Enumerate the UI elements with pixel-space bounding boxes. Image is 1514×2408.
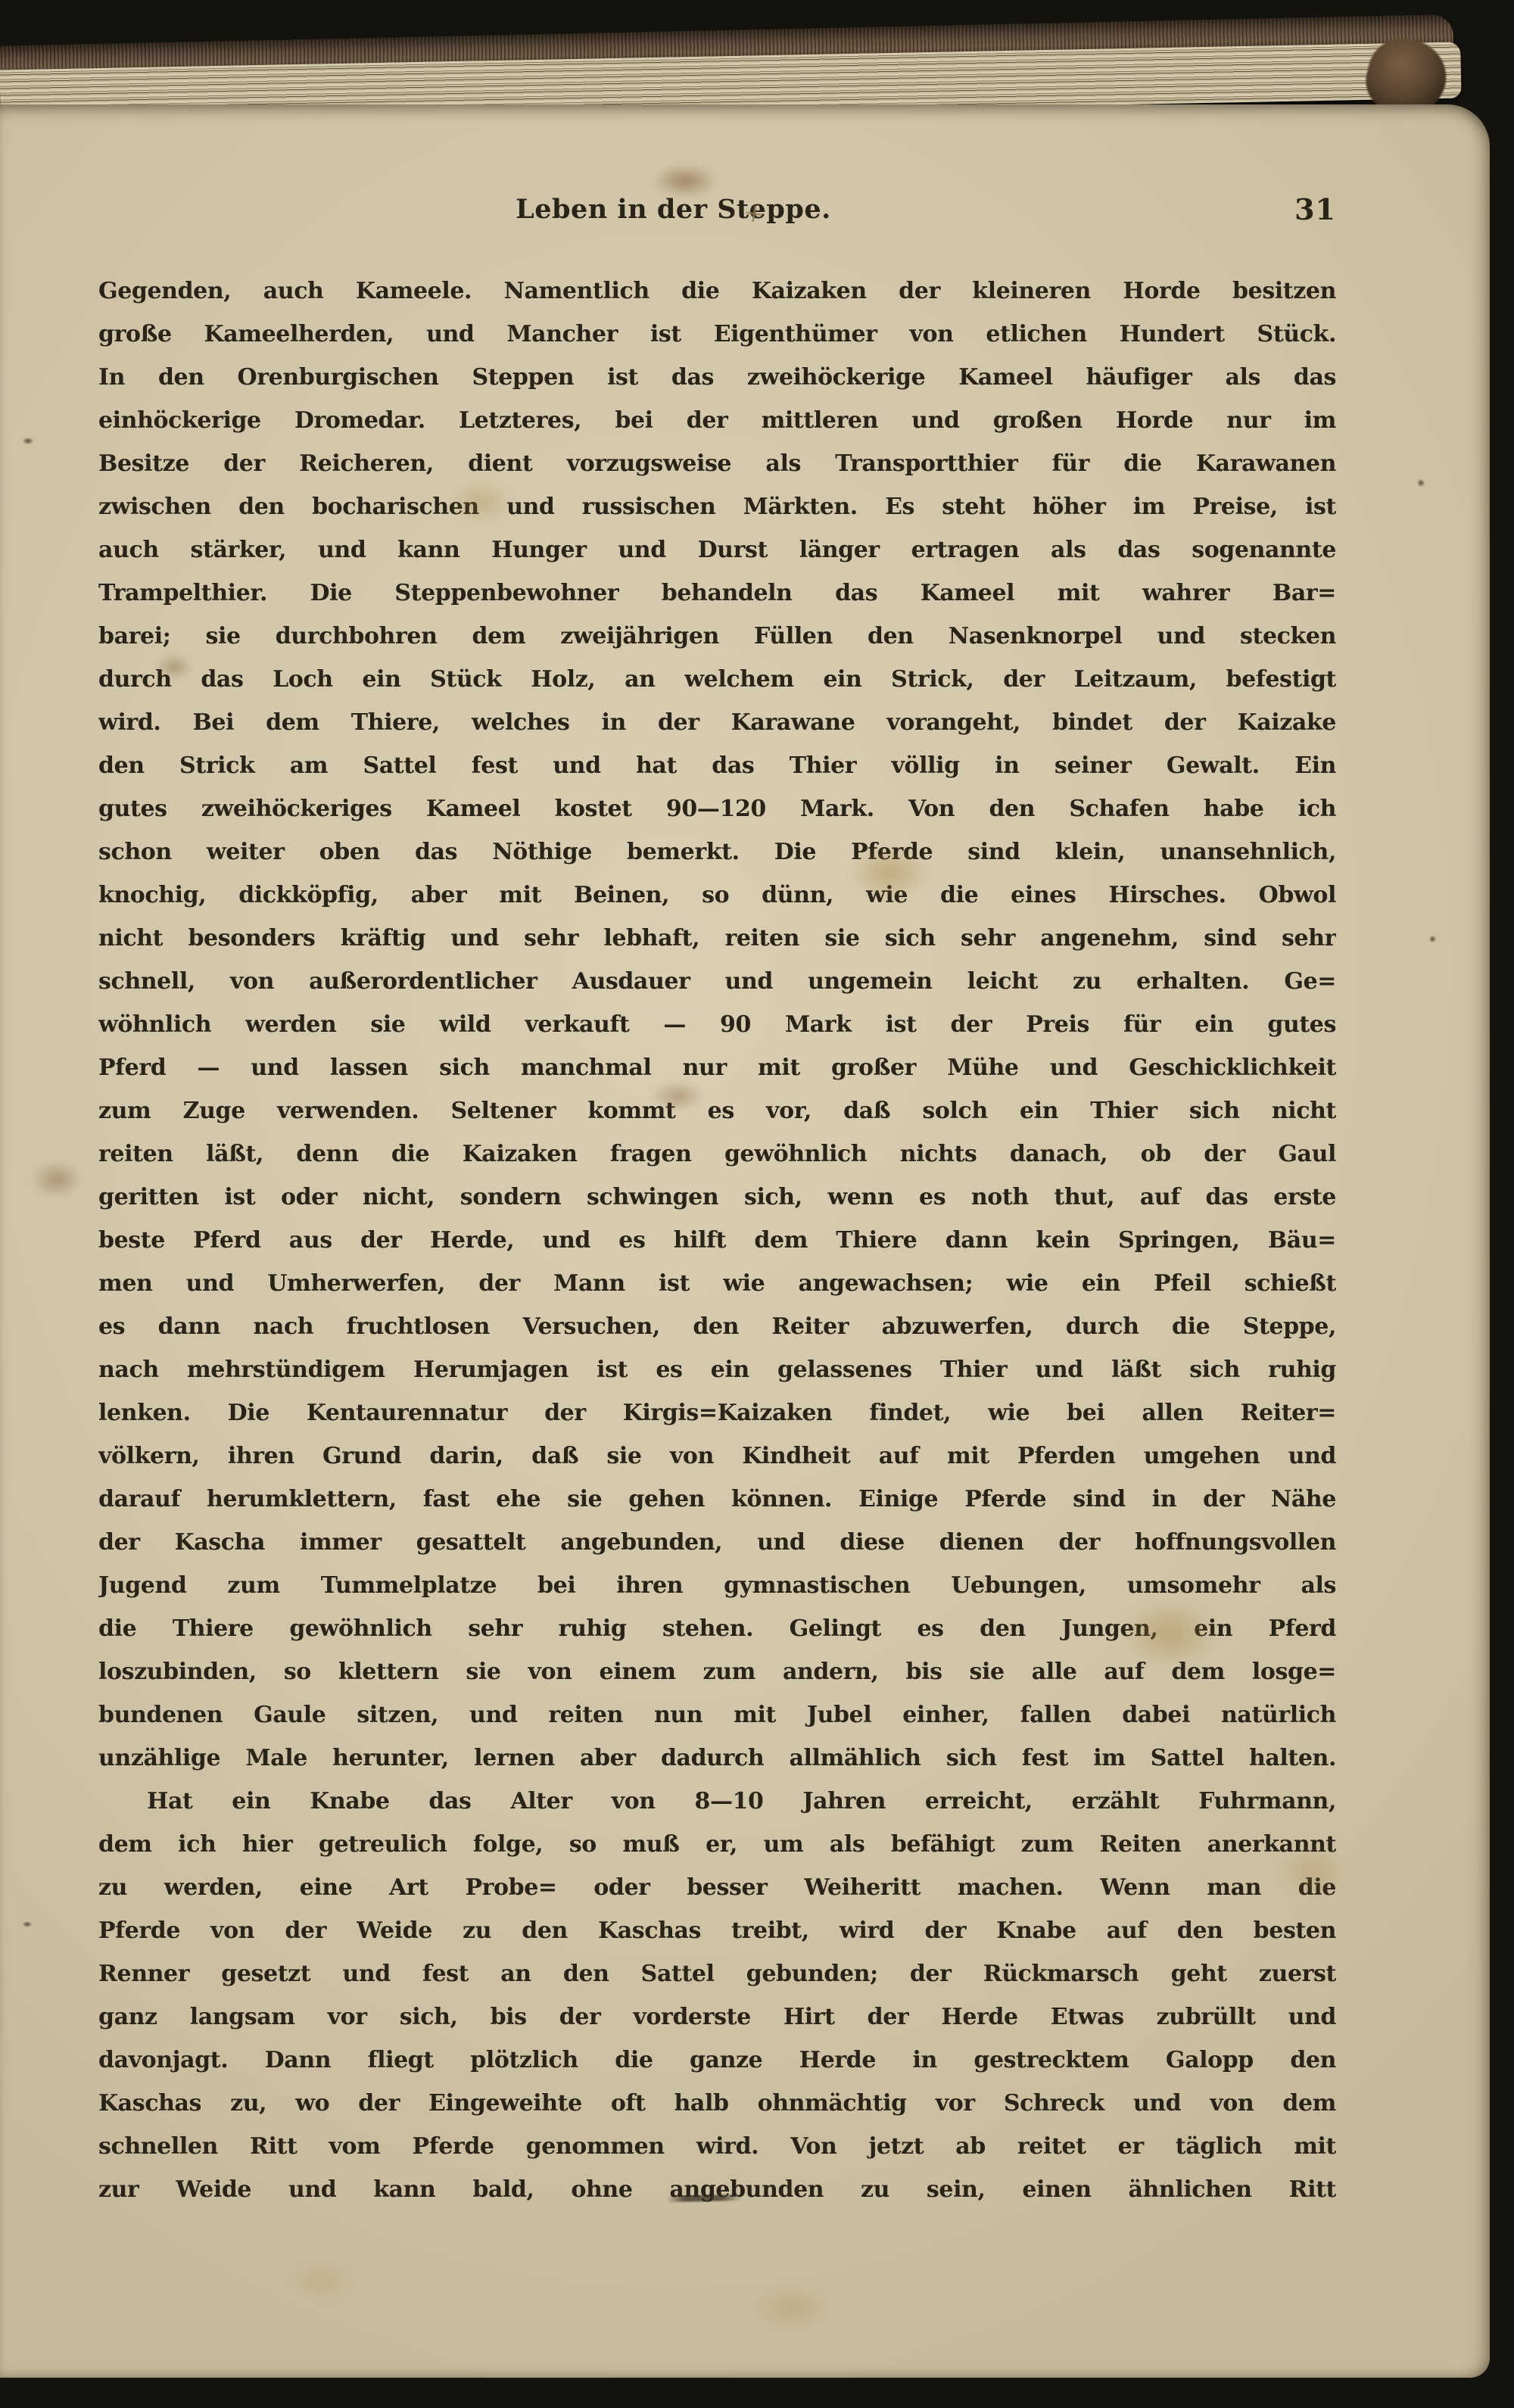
text-line: beste Pferd aus der Herde, und es hilft …	[98, 1219, 1336, 1262]
paper-stain	[749, 2285, 833, 2330]
text-line: dem ich hier getreulich folge, so muß er…	[98, 1823, 1336, 1866]
text-line: zu werden, eine Art Probe= oder besser W…	[98, 1866, 1336, 1909]
text-line: Besitze der Reicheren, dient vorzugsweis…	[98, 442, 1336, 485]
text-line: barei; sie durchbohren dem zweijährigen …	[98, 615, 1336, 658]
paper-stain	[23, 1921, 32, 1927]
text-line: Jugend zum Tummelplatze bei ihren gymnas…	[98, 1564, 1336, 1607]
text-line: große Kameelherden, und Mancher ist Eige…	[98, 313, 1336, 356]
text-line: bundenen Gaule sitzen, und reiten nun mi…	[98, 1693, 1336, 1737]
paper-stain	[288, 2262, 356, 2300]
paper-stain	[1429, 936, 1436, 942]
page-number: 31	[1294, 192, 1336, 226]
text-line: Gegenden, auch Kameele. Namentlich die K…	[98, 269, 1336, 313]
paper-stain	[1417, 479, 1425, 487]
header-title: Leben in der Steppe.	[55, 194, 1292, 225]
text-line: zur Weide und kann bald, ohne angebunden…	[98, 2168, 1336, 2211]
book-page: Leben in der Steppe. + 31 Gegenden, auch…	[0, 104, 1490, 2378]
text-line: In den Orenburgischen Steppen ist das zw…	[98, 356, 1336, 399]
text-line: nicht besonders kräftig und sehr lebhaft…	[98, 917, 1336, 960]
text-line: Hat ein Knabe das Alter von 8—10 Jahren …	[98, 1780, 1336, 1823]
text-line: Trampelthier. Die Steppenbewohner behand…	[98, 572, 1336, 615]
text-line: schnell, von außerordentlicher Ausdauer …	[98, 960, 1336, 1003]
text-line: Kaschas zu, wo der Eingeweihte oft halb …	[98, 2082, 1336, 2125]
text-line: gutes zweihöckeriges Kameel kostet 90—12…	[98, 787, 1336, 830]
running-header: Leben in der Steppe. + 31	[98, 194, 1336, 241]
text-line: knochig, dickköpfig, aber mit Beinen, so…	[98, 874, 1336, 917]
text-line: Renner gesetzt und fest an den Sattel ge…	[98, 1952, 1336, 1995]
pencil-cross-mark: +	[741, 197, 767, 230]
text-line: lenken. Die Kentaurennatur der Kirgis=Ka…	[98, 1391, 1336, 1435]
text-line: wöhnlich werden sie wild verkauft — 90 M…	[98, 1003, 1336, 1046]
text-line: unzählige Male herunter, lernen aber dad…	[98, 1737, 1336, 1780]
paper-stain	[23, 438, 33, 444]
text-line: Pferde von der Weide zu den Kaschas trei…	[98, 1909, 1336, 1952]
text-line: reiten läßt, denn die Kaizaken fragen ge…	[98, 1132, 1336, 1176]
text-line: nach mehrstündigem Herumjagen ist es ein…	[98, 1348, 1336, 1391]
text-line: loszubinden, so klettern sie von einem z…	[98, 1650, 1336, 1693]
text-line: ganz langsam vor sich, bis der vorderste…	[98, 1995, 1336, 2039]
text-line: schnellen Ritt vom Pferde genommen wird.…	[98, 2125, 1336, 2168]
book-scan-photo: Leben in der Steppe. + 31 Gegenden, auch…	[0, 0, 1514, 2408]
text-line: durch das Loch ein Stück Holz, an welche…	[98, 658, 1336, 701]
text-line: der Kascha immer gesattelt angebunden, u…	[98, 1521, 1336, 1564]
text-line: geritten ist oder nicht, sondern schwing…	[98, 1176, 1336, 1219]
text-line: zum Zuge verwenden. Seltener kommt es vo…	[98, 1089, 1336, 1132]
text-line: es dann nach fruchtlosen Versuchen, den …	[98, 1305, 1336, 1348]
text-line: schon weiter oben das Nöthige bemerkt. D…	[98, 830, 1336, 874]
text-line: Pferd — und lassen sich manchmal nur mit…	[98, 1046, 1336, 1089]
text-line: wird. Bei dem Thiere, welches in der Kar…	[98, 701, 1336, 744]
text-line: auch stärker, und kann Hunger und Durst …	[98, 528, 1336, 572]
text-line: davonjagt. Dann fliegt plötzlich die gan…	[98, 2039, 1336, 2082]
page-text: Gegenden, auch Kameele. Namentlich die K…	[98, 269, 1336, 2211]
text-line: den Strick am Sattel fest und hat das Th…	[98, 744, 1336, 787]
text-line: völkern, ihren Grund darin, daß sie von …	[98, 1435, 1336, 1478]
paper-stain	[30, 1160, 83, 1198]
text-line: darauf herumklettern, fast ehe sie gehen…	[98, 1478, 1336, 1521]
text-line: men und Umherwerfen, der Mann ist wie an…	[98, 1262, 1336, 1305]
text-line: zwischen den bocharischen und russischen…	[98, 485, 1336, 528]
text-line: einhöckerige Dromedar. Letzteres, bei de…	[98, 399, 1336, 442]
text-line: die Thiere gewöhnlich sehr ruhig stehen.…	[98, 1607, 1336, 1650]
